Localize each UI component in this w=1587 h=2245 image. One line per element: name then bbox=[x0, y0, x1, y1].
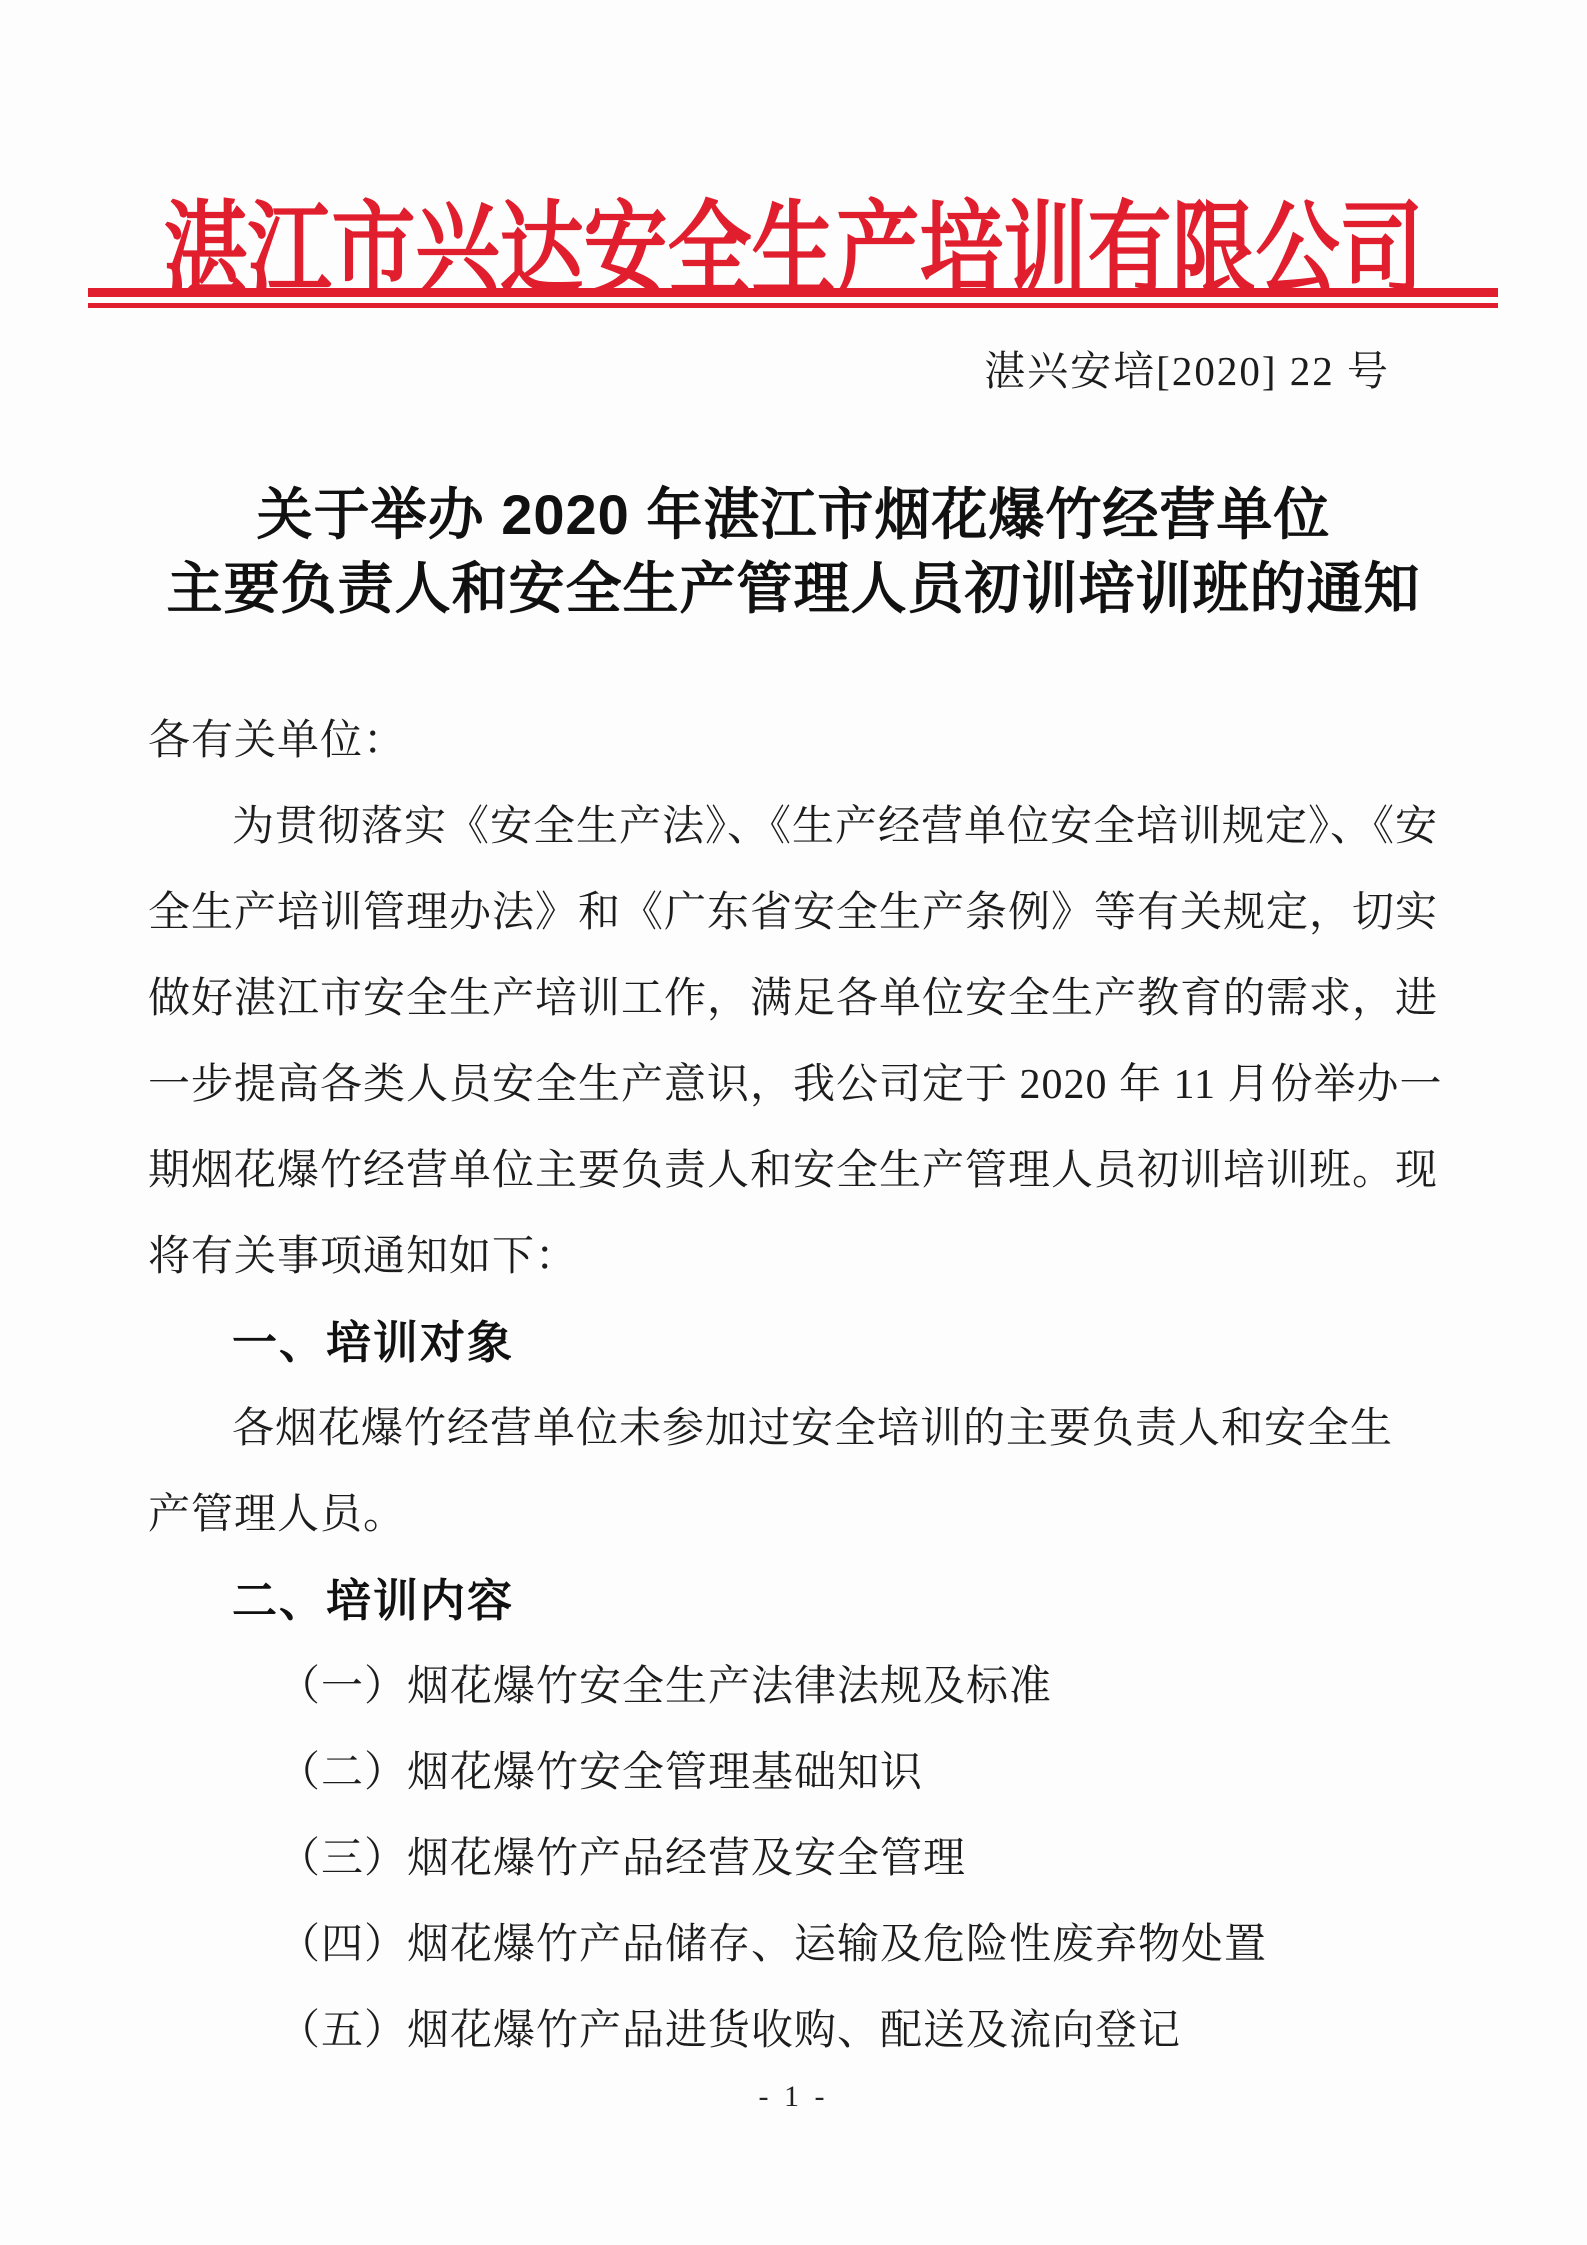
list-item: （三）烟花爆竹产品经营及安全管理 bbox=[278, 1816, 1413, 1902]
section-heading: 二、培训内容 bbox=[232, 1558, 1413, 1644]
letterhead-rule-thin bbox=[88, 303, 1498, 308]
paragraph-line: 全生产培训管理办法》和《广东省安全生产条例》等有关规定，切实 bbox=[148, 870, 1413, 956]
list-item: （二）烟花爆竹安全管理基础知识 bbox=[278, 1730, 1413, 1816]
notice-title-line-1: 关于举办 2020 年湛江市烟花爆竹经营单位 bbox=[0, 478, 1587, 552]
paragraph-line: 将有关事项通知如下： bbox=[148, 1214, 1413, 1300]
list-item: （一）烟花爆竹安全生产法律法规及标准 bbox=[278, 1644, 1413, 1730]
paragraph-line: 期烟花爆竹经营单位主要负责人和安全生产管理人员初训培训班。现 bbox=[148, 1128, 1413, 1214]
list-item: （五）烟花爆竹产品进货收购、配送及流向登记 bbox=[278, 1988, 1413, 2074]
document-body: 各有关单位：为贯彻落实《安全生产法》、《生产经营单位安全培训规定》、《安全生产培… bbox=[148, 698, 1413, 2074]
paragraph-line: 产管理人员。 bbox=[148, 1472, 1413, 1558]
salutation-line: 各有关单位： bbox=[148, 698, 1413, 784]
paragraph-line: 做好湛江市安全生产培训工作，满足各单位安全生产教育的需求，进 bbox=[148, 956, 1413, 1042]
paragraph-line: 各烟花爆竹经营单位未参加过安全培训的主要负责人和安全生 bbox=[232, 1386, 1413, 1472]
document-number: 湛兴安培[2020] 22 号 bbox=[984, 338, 1390, 397]
notice-title-line-2: 主要负责人和安全生产管理人员初训培训班的通知 bbox=[0, 552, 1587, 626]
paragraph-line: 为贯彻落实《安全生产法》、《生产经营单位安全培训规定》、《安 bbox=[232, 784, 1413, 870]
list-item: （四）烟花爆竹产品储存、运输及危险性废弃物处置 bbox=[278, 1902, 1413, 1988]
paragraph-line: 一步提高各类人员安全生产意识，我公司定于 2020 年 11 月份举办一 bbox=[148, 1042, 1413, 1128]
document-page: 湛江市兴达安全生产培训有限公司 湛兴安培[2020] 22 号 关于举办 202… bbox=[0, 0, 1587, 2245]
section-heading: 一、培训对象 bbox=[232, 1300, 1413, 1386]
notice-title: 关于举办 2020 年湛江市烟花爆竹经营单位 主要负责人和安全生产管理人员初训培… bbox=[0, 478, 1587, 626]
page-number: - 1 - bbox=[0, 2080, 1587, 2114]
letterhead-rule-thick bbox=[88, 288, 1498, 297]
